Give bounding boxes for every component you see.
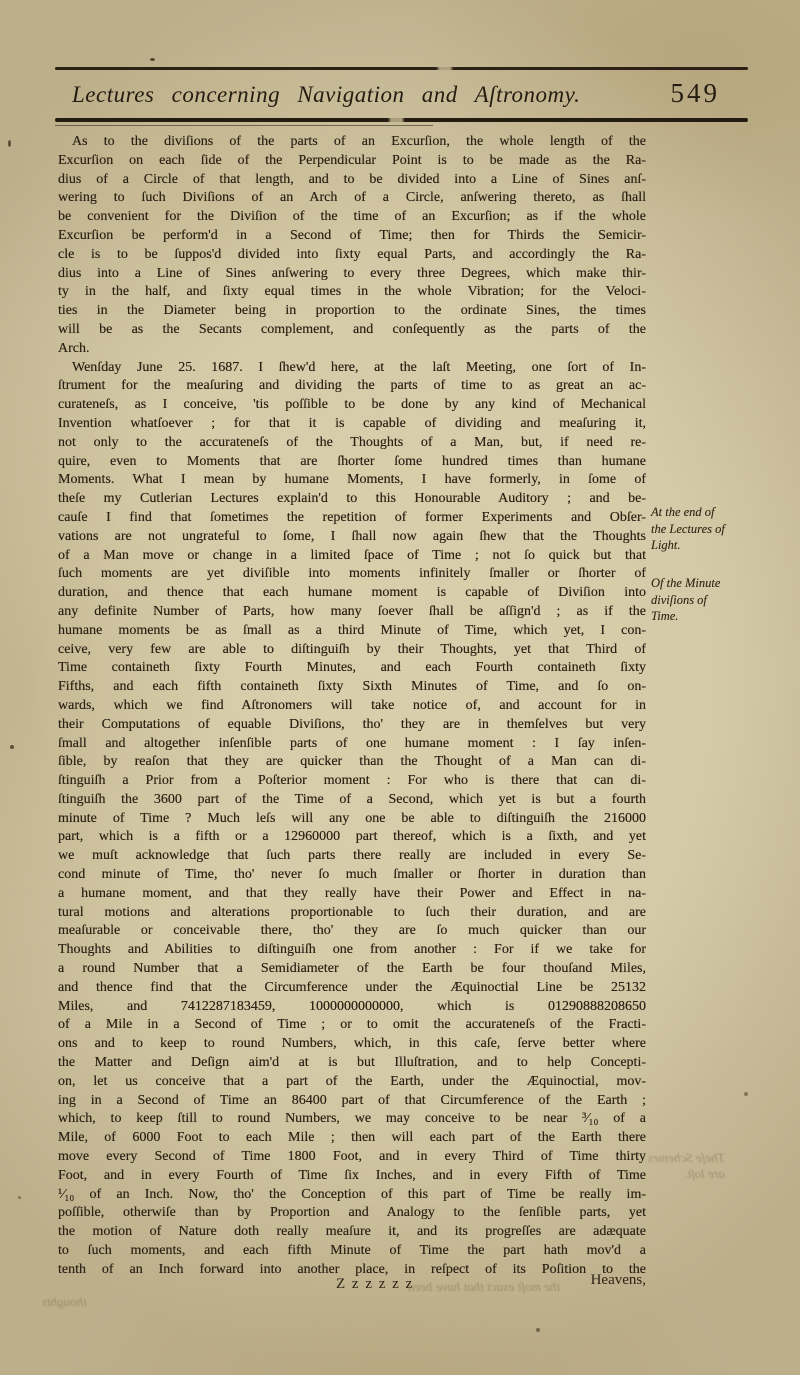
text-line: Foot, and in every Fourth of Time ſix In… xyxy=(58,1167,646,1186)
running-head: Lectures concerning Navigation and Aſtro… xyxy=(72,80,720,108)
header-rule-echo xyxy=(55,125,433,126)
text-line: ty in the half, and ſixty equal times in… xyxy=(58,283,646,302)
text-line: ſtinguiſh a Prior from a Poſterior momen… xyxy=(58,772,646,791)
text-line: wering to ſuch Diviſions of an Arch of a… xyxy=(58,189,646,208)
text-line: ſtrument for the meaſuring and dividing … xyxy=(58,377,646,396)
text-line: ons and to keep to round Numbers, which,… xyxy=(58,1035,646,1054)
text-line: duration, and thence that each humane mo… xyxy=(58,584,646,603)
page-title: Lectures concerning Navigation and Aſtro… xyxy=(72,82,580,108)
bleedthrough-text: Theſe Schemesare loſt. xyxy=(648,1150,725,1182)
text-line: ties in the Diameter being in proportion… xyxy=(58,302,646,321)
text-line: ſuch moments are yet diviſible into mome… xyxy=(58,565,646,584)
text-line: Mile, of 6000 Foot to each Mile ; then w… xyxy=(58,1129,646,1148)
text-line: curateneſs, as I conceive, 'tis poſſible… xyxy=(58,396,646,415)
ink-speck xyxy=(8,140,11,147)
text-line: vations are not ungrateful to ſome, I ſh… xyxy=(58,528,646,547)
paragraph-minute-divisions: Wenſday June 25. 1687. I ſhew'd here, at… xyxy=(58,359,646,1280)
header-rule-bottom xyxy=(55,118,748,122)
text-line: Of the Minute xyxy=(651,575,776,592)
text-line: a round Number that a Semidiameter of th… xyxy=(58,960,646,979)
text-line: Fifths, and each fifth containeth ſixty … xyxy=(58,678,646,697)
text-line: poſſible, otherwiſe than by Proportion a… xyxy=(58,1204,646,1223)
text-line: cauſe I find that ſometimes the repetiti… xyxy=(58,509,646,528)
text-line: on, let us conceive that a part of the E… xyxy=(58,1073,646,1092)
text-line: Thoughts and Abilities to diſtinguiſh on… xyxy=(58,941,646,960)
ink-speck xyxy=(18,1196,21,1199)
text-line: of a Man move or change in a limited ſpa… xyxy=(58,547,646,566)
text-line: be convenient for the Diviſion of the ti… xyxy=(58,208,646,227)
text-line: any definite Number of Parts, how many ſ… xyxy=(58,603,646,622)
text-line: quire, even to Moments that are ſhorter … xyxy=(58,453,646,472)
text-line: which, to keep ſtill to round Numbers, w… xyxy=(58,1110,646,1129)
margin-note-minute-divisions-of-time: Of the Minutediviſions ofTime. xyxy=(651,575,776,625)
text-line: Moments. What I mean by humane Moments, … xyxy=(58,471,646,490)
margin-note-lectures-of-light: At the end ofthe Lectures ofLight. xyxy=(651,504,776,554)
text-line: the motion of Nature doth really meaſure… xyxy=(58,1223,646,1242)
text-line: cle is to be ſuppos'd divided into ſixty… xyxy=(58,246,646,265)
bleedthrough-text: thoughts xyxy=(42,1294,87,1310)
text-line: tural motions and alterations proportion… xyxy=(58,904,646,923)
text-line: meaſurable or conceivable there, tho' th… xyxy=(58,922,646,941)
text-line: the Lectures of xyxy=(651,521,776,538)
text-line: Arch. xyxy=(58,340,646,359)
text-line: to ſuch moments, and each fifth Minute o… xyxy=(58,1242,646,1261)
text-line: minute of Time ? Much leſs will any one … xyxy=(58,810,646,829)
text-line: Light. xyxy=(651,537,776,554)
text-line: ſmall and altogether inſenſible parts of… xyxy=(58,735,646,754)
book-page: { "colors": { "paper": "#d3c8a5", "ink":… xyxy=(0,0,800,1375)
text-line: At the end of xyxy=(651,504,776,521)
ink-speck xyxy=(744,1092,748,1096)
text-line: ¹⁄₁₀ of an Inch. Now, tho' the Conceptio… xyxy=(58,1186,646,1205)
text-line: Theſe Schemes xyxy=(648,1150,725,1166)
text-line: dius of a Circle of that length, and to … xyxy=(58,171,646,190)
signature-mark: Z z z z z z xyxy=(336,1276,414,1293)
text-line: dius into a Line of Sines anſwering to e… xyxy=(58,265,646,284)
text-line: Excurſion be perform'd in a Second of Ti… xyxy=(58,227,646,246)
text-line: ſible, by reaſon that they are quicker t… xyxy=(58,753,646,772)
text-line: not only to the accurateneſs of the Thou… xyxy=(58,434,646,453)
text-line: Wenſday June 25. 1687. I ſhew'd here, at… xyxy=(58,359,646,378)
body-text: As to the diviſions of the parts of an E… xyxy=(58,133,646,1280)
text-line: diviſions of xyxy=(651,592,776,609)
text-line: ſtinguiſh the 3600 part of the Time of a… xyxy=(58,791,646,810)
ink-speck xyxy=(10,745,14,749)
text-line: will be as the Secants complement, and c… xyxy=(58,321,646,340)
text-line: wards, which we find Aſtronomers will ta… xyxy=(58,697,646,716)
catchword: Heavens, xyxy=(591,1272,646,1289)
ink-speck xyxy=(150,58,155,61)
text-line: move every Second of Time 1800 Foot, and… xyxy=(58,1148,646,1167)
paragraph-excursion-divisions: As to the diviſions of the parts of an E… xyxy=(58,133,646,359)
header-rule-top xyxy=(55,67,748,70)
text-line: the Matter and Deſign aim'd at is but Il… xyxy=(58,1054,646,1073)
text-line: and thence find that the Circumference u… xyxy=(58,979,646,998)
text-line: theſe my Cutlerian Lectures explain'd to… xyxy=(58,490,646,509)
text-line: ceive, very few are able to diſtinguiſh … xyxy=(58,641,646,660)
text-line: As to the diviſions of the parts of an E… xyxy=(58,133,646,152)
text-line: humane moments be as ſmall as a third Mi… xyxy=(58,622,646,641)
text-line: Excurſion on each ſide of the Perpendicu… xyxy=(58,152,646,171)
text-line: Miles, and 7412287183459, 1000000000000,… xyxy=(58,998,646,1017)
page-number: 549 xyxy=(671,80,721,107)
text-line: cond minute of Time, tho' never ſo much … xyxy=(58,866,646,885)
text-line: Invention whatſoever ; for that it is ca… xyxy=(58,415,646,434)
text-line: we muſt acknowledge that ſuch parts ther… xyxy=(58,847,646,866)
ink-speck xyxy=(536,1328,540,1332)
text-line: of a Mile in a Second of Time ; or to om… xyxy=(58,1016,646,1035)
text-line: Time. xyxy=(651,608,776,625)
text-line: a humane moment, and that they really ha… xyxy=(58,885,646,904)
text-line: their Computations of equable Diviſions,… xyxy=(58,716,646,735)
text-line: are loſt. xyxy=(648,1166,725,1182)
text-line: ing in a Second of Time an 86400 part of… xyxy=(58,1092,646,1111)
signature-row: Z z z z z z Heavens, xyxy=(58,1276,646,1296)
text-line: part, which is a fifth or a 12960000 par… xyxy=(58,828,646,847)
text-line: thoughts xyxy=(42,1294,87,1310)
text-line: Time containeth ſixty Fourth Minutes, an… xyxy=(58,659,646,678)
